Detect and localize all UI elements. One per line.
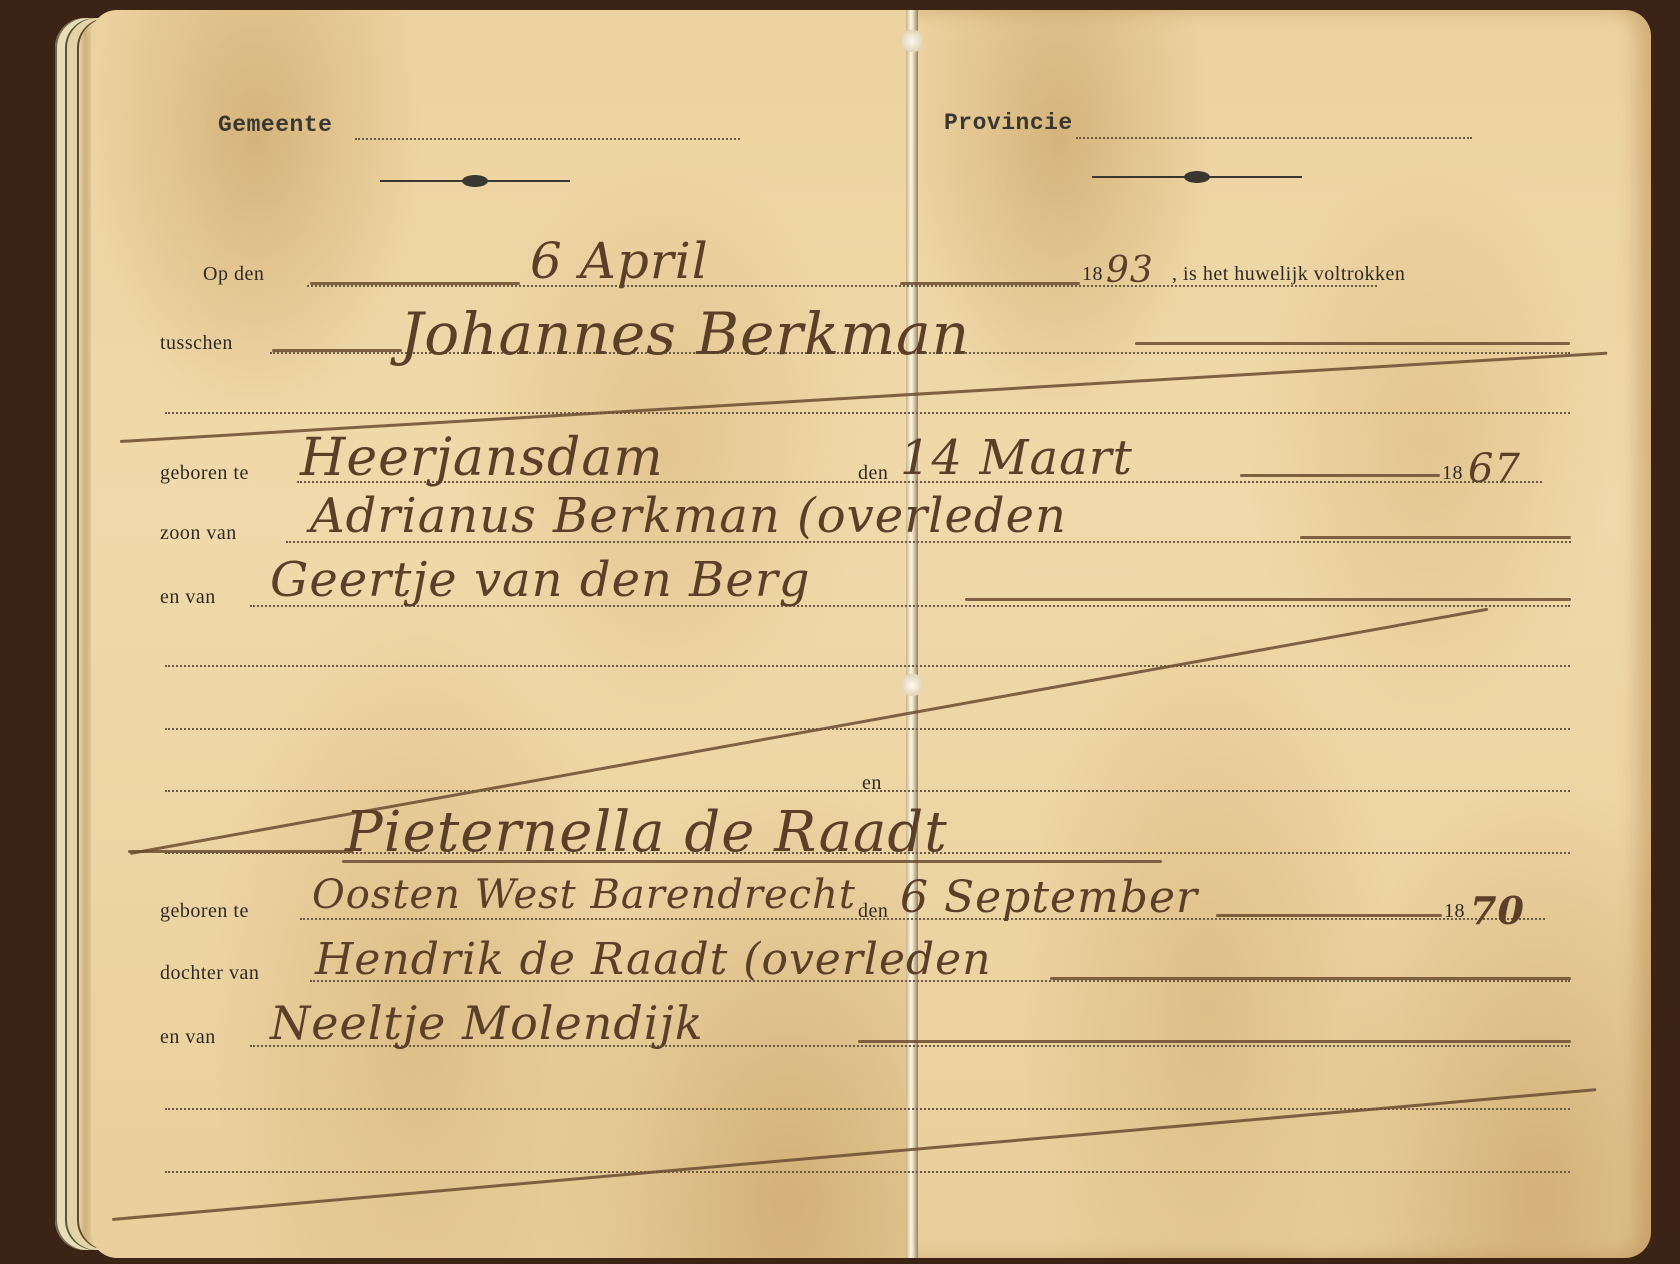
spine-binding xyxy=(906,10,918,1258)
name-underline xyxy=(342,860,1162,863)
filler-rule xyxy=(272,349,402,352)
birth-year-prefix: 18 xyxy=(1444,900,1465,923)
voltrokken-label: , is het huwelijk voltrokken xyxy=(1172,263,1405,286)
blank-line xyxy=(165,665,1570,667)
provincie-label: Provincie xyxy=(944,110,1073,136)
filler-rule xyxy=(310,282,520,285)
bride-father: Hendrik de Raadt (overleden xyxy=(315,934,992,985)
right-ornament xyxy=(1092,176,1302,178)
geboren-te-label: geboren te xyxy=(160,900,249,923)
filler-rule xyxy=(858,1040,1571,1043)
gemeente-label: Gemeente xyxy=(218,112,332,138)
marriage-year-suffix: 93 xyxy=(1106,250,1154,291)
filler-rule xyxy=(1240,474,1440,477)
birth-year-prefix: 18 xyxy=(1442,462,1463,485)
groom-name: Johannes Berkman xyxy=(400,300,970,368)
open-booklet xyxy=(55,10,1655,1258)
bride-birth-year-suffix: 70 xyxy=(1470,888,1525,933)
blank-line xyxy=(165,1171,1570,1173)
en-van-label: en van xyxy=(160,1026,216,1049)
provincie-field xyxy=(1076,137,1472,139)
en-van-label: en van xyxy=(160,586,216,609)
right-page xyxy=(911,10,1651,1258)
blank-line xyxy=(165,790,1570,792)
filler-rule xyxy=(1050,977,1571,980)
blank-line xyxy=(165,728,1570,730)
left-page xyxy=(91,10,911,1258)
marriage-day-month: 6 April xyxy=(530,232,709,290)
den-label: den xyxy=(858,462,888,485)
groom-birthplace: Heerjansdam xyxy=(300,428,664,488)
bride-birthplace: Oosten West Barendrecht xyxy=(312,872,856,918)
blank-line xyxy=(165,412,1570,414)
gemeente-field xyxy=(355,138,740,140)
groom-birth-day-month: 14 Maart xyxy=(900,430,1133,486)
op-den-label: Op den xyxy=(203,263,264,286)
tusschen-label: tusschen xyxy=(160,332,233,355)
groom-birth-year-suffix: 67 xyxy=(1468,446,1521,492)
filler-rule xyxy=(128,850,353,853)
filler-rule xyxy=(965,598,1571,601)
zoon-van-label: zoon van xyxy=(160,522,237,545)
binding-knot-top xyxy=(902,30,922,52)
bride-birth-day-month: 6 September xyxy=(900,872,1198,923)
filler-rule xyxy=(1216,914,1442,917)
year-prefix: 18 xyxy=(1082,263,1103,286)
binding-knot-middle xyxy=(902,674,922,696)
filler-rule xyxy=(900,282,1080,285)
dochter-van-label: dochter van xyxy=(160,962,259,985)
groom-father: Adrianus Berkman (overleden xyxy=(310,488,1067,544)
filler-rule xyxy=(1135,342,1570,345)
filler-rule xyxy=(1300,536,1571,539)
groom-mother: Geertje van den Berg xyxy=(270,552,811,608)
bride-mother: Neeltje Molendijk xyxy=(270,996,704,1050)
bride-name: Pieternella de Raadt xyxy=(345,800,948,865)
left-ornament xyxy=(380,180,570,182)
den-label: den xyxy=(858,900,888,923)
geboren-te-label: geboren te xyxy=(160,462,249,485)
